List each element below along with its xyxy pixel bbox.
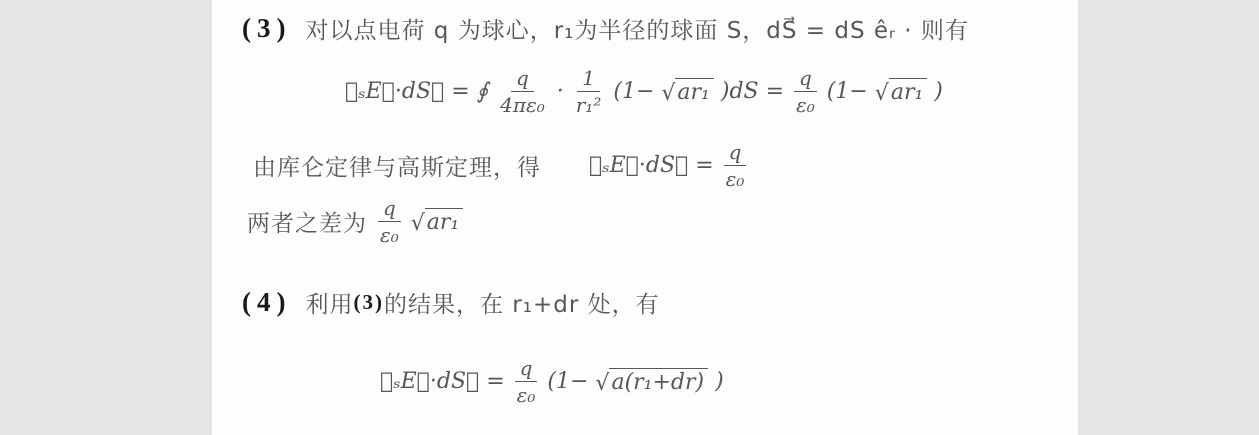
fraction-numerator: 1	[577, 66, 600, 92]
notebook-paper: (3) 对以点电荷 q 为球心，r₁为半径的球面 S，dS⃗ = dS êᵣ ·…	[212, 0, 1078, 435]
fraction-denominator: ε₀	[791, 92, 820, 117]
fraction-denominator: 4πε₀	[495, 92, 550, 117]
section-3-reference: (3)	[353, 290, 384, 315]
gauss-law-text: 由库仑定律与高斯定理，得	[253, 149, 541, 182]
section-4-intro-post: 的结果，在 r₁+dr 处，有	[384, 286, 660, 319]
radical-sign: √	[875, 81, 889, 106]
section-4-intro-pre: 利用	[305, 286, 353, 319]
section-3-intro-line: (3) 对以点电荷 q 为球心，r₁为半径的球面 S，dS⃗ = dS êᵣ ·…	[242, 12, 969, 45]
sqrt-a-r1-plus-dr: √ a(r₁+dr)	[595, 368, 708, 395]
flux-dr-eq-lhs: ∮ₛE⃗·dS⃗ =	[380, 369, 505, 394]
open-paren-one-minus: (1−	[613, 79, 654, 104]
fraction-numerator: q	[724, 140, 747, 166]
open-paren-one-minus: (1−	[827, 79, 868, 104]
section-3-label: (3)	[242, 13, 291, 44]
section-3-intro-text: 对以点电荷 q 为球心，r₁为半径的球面 S，dS⃗ = dS êᵣ · 则有	[305, 12, 968, 45]
difference-text: 两者之差为	[247, 205, 367, 238]
radicand: ar₁	[425, 208, 463, 235]
radical-sign: √	[411, 211, 425, 236]
sqrt-ar1: √ ar₁	[661, 78, 713, 105]
fraction-numerator: q	[378, 196, 401, 222]
fraction-q-over-epsilon0: q ε₀	[721, 140, 750, 191]
fraction-q-over-4pi-epsilon0: q 4πε₀	[495, 66, 550, 117]
fraction-numerator: q	[515, 356, 538, 382]
section-4-label: (4)	[242, 287, 291, 318]
multiplication-dot: ·	[557, 79, 564, 104]
radicand: a(r₁+dr)	[609, 368, 708, 395]
radicand: ar₁	[675, 78, 713, 105]
fraction-q-over-epsilon0: q ε₀	[375, 196, 404, 247]
gauss-law-line: 由库仑定律与高斯定理，得 ∮ₛE⃗·dS⃗ = q ε₀	[253, 140, 749, 191]
close-paren: )	[715, 369, 724, 394]
fraction-numerator: q	[794, 66, 817, 92]
difference-line: 两者之差为 q ε₀ √ ar₁	[247, 196, 463, 247]
fraction-1-over-r1-squared: 1 r₁²	[571, 66, 607, 117]
fraction-numerator: q	[511, 66, 534, 92]
fraction-denominator: ε₀	[512, 382, 541, 407]
open-paren-one-minus: (1−	[547, 369, 588, 394]
section-4-intro-line: (4) 利用 (3) 的结果，在 r₁+dr 处，有	[242, 286, 660, 319]
radical-sign: √	[595, 371, 609, 396]
fraction-denominator: ε₀	[375, 222, 404, 247]
contour-integral-sign: ∮	[477, 79, 488, 104]
radical-sign: √	[661, 81, 675, 106]
close-paren-ds-equals: )dS =	[721, 79, 784, 104]
gauss-eq-lhs: ∮ₛE⃗·dS⃗ =	[589, 153, 714, 178]
flux-eq-lhs: ∮ₛE⃗·dS⃗ =	[345, 79, 470, 104]
sqrt-ar1: √ ar₁	[875, 78, 927, 105]
fraction-q-over-epsilon0: q ε₀	[791, 66, 820, 117]
radicand: ar₁	[889, 78, 927, 105]
scanned-page-background: (3) 对以点电荷 q 为球心，r₁为半径的球面 S，dS⃗ = dS êᵣ ·…	[0, 0, 1259, 435]
close-paren: )	[934, 79, 943, 104]
flux-equation-r1-plus-dr: ∮ₛE⃗·dS⃗ = q ε₀ (1− √ a(r₁+dr) )	[380, 356, 724, 407]
sqrt-ar1: √ ar₁	[411, 208, 463, 235]
fraction-q-over-epsilon0: q ε₀	[512, 356, 541, 407]
fraction-denominator: r₁²	[571, 92, 607, 117]
flux-integral-equation: ∮ₛE⃗·dS⃗ = ∮ q 4πε₀ · 1 r₁² (1− √ ar₁ )d…	[345, 66, 943, 117]
fraction-denominator: ε₀	[721, 166, 750, 191]
